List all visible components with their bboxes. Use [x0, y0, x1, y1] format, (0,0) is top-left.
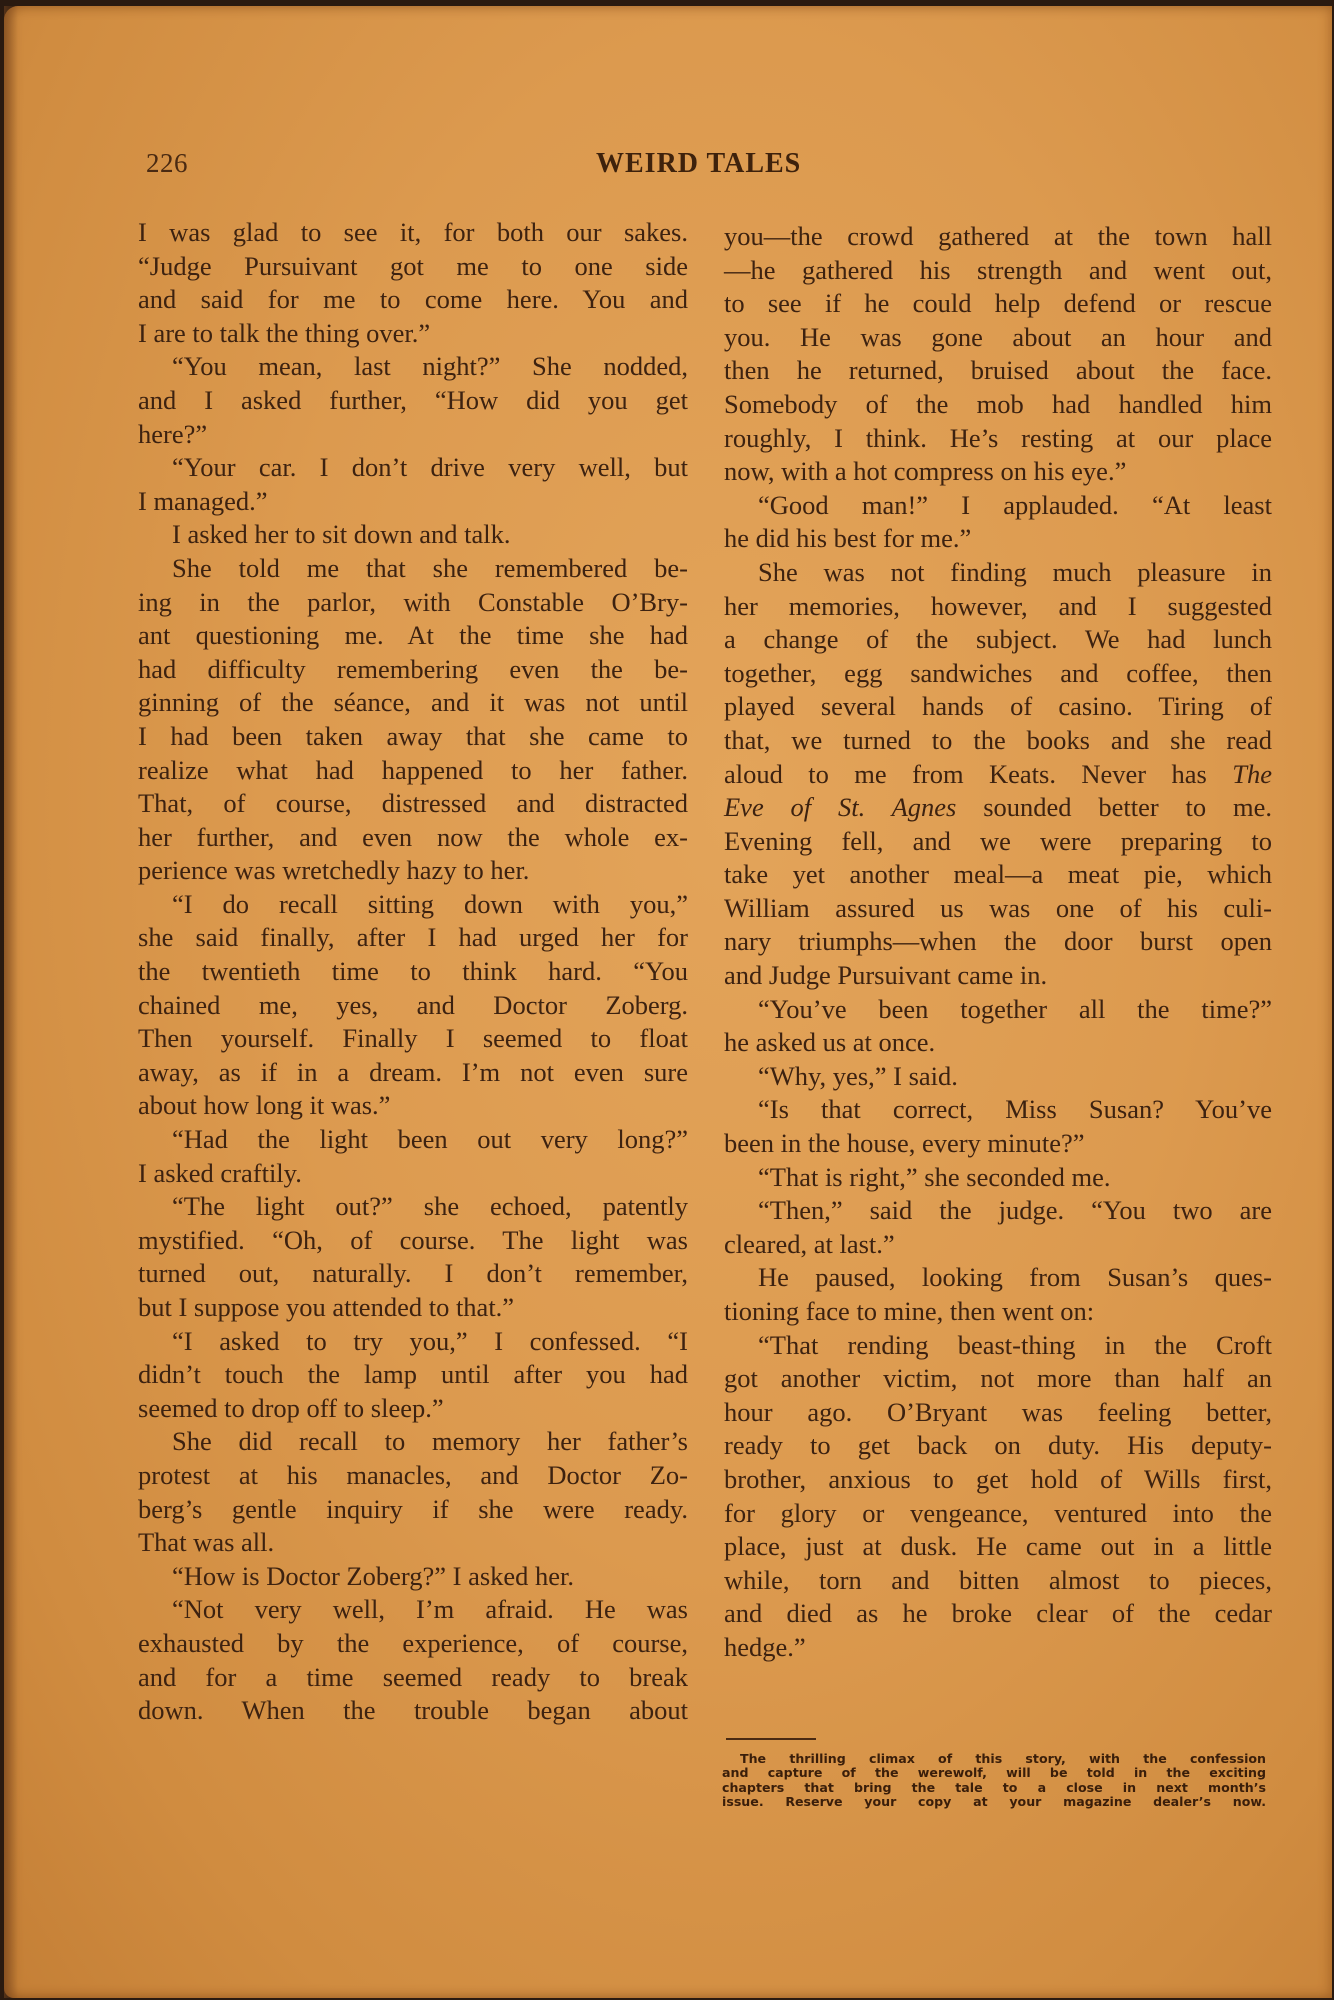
- line-text: “How is Doctor Zoberg?” I asked her.: [172, 1561, 574, 1591]
- text-line: “Then,” said the judge. “You two are: [724, 1194, 1272, 1228]
- line-text: mystified. “Oh, of course. The light was: [138, 1225, 688, 1255]
- line-text: “Is that correct, Miss Susan? You’ve: [758, 1094, 1272, 1124]
- line-text: I was glad to see it, for both our sakes…: [138, 217, 688, 247]
- text-line: chained me, yes, and Doctor Zoberg.: [138, 989, 688, 1023]
- line-text: to see if he could help defend or rescue: [724, 288, 1272, 318]
- line-text: and for a time seemed ready to break: [138, 1662, 688, 1692]
- text-line: that, we turned to the books and she rea…: [724, 724, 1272, 758]
- line-text: didn’t touch the lamp until after you ha…: [138, 1359, 688, 1389]
- line-text: I are to talk the thing over.”: [138, 318, 430, 348]
- line-text: “Your car. I don’t drive very well, but: [172, 452, 688, 482]
- line-text: turned out, naturally. I don’t remember,: [138, 1258, 688, 1288]
- text-line: about how long it was.”: [138, 1089, 688, 1123]
- line-text: got another victim, not more than half a…: [724, 1363, 1272, 1393]
- line-text: I asked craftily.: [138, 1158, 302, 1188]
- line-text: and Judge Pursuivant came in.: [724, 960, 1047, 990]
- line-text: exhausted by the experience, of course,: [138, 1628, 688, 1658]
- text-line: William assured us was one of his culi-: [724, 892, 1272, 926]
- line-text: “Then,” said the judge. “You two are: [758, 1195, 1272, 1225]
- text-line: played several hands of casino. Tiring o…: [724, 690, 1272, 724]
- line-text: I had been taken away that she came to: [138, 721, 688, 751]
- text-line: I are to talk the thing over.”: [138, 317, 688, 351]
- text-line: aloud to me from Keats. Never has The: [724, 758, 1272, 792]
- text-line: had difficulty remembering even the be-: [138, 653, 688, 687]
- text-line: away, as if in a dream. I’m not even sur…: [138, 1056, 688, 1090]
- text-line: “How is Doctor Zoberg?” I asked her.: [138, 1560, 688, 1594]
- text-line: here?”: [138, 418, 688, 452]
- line-text: protest at his manacles, and Doctor Zo-: [138, 1460, 688, 1490]
- line-text: She did recall to memory her father’s: [172, 1426, 688, 1456]
- text-line: for glory or vengeance, ventured into th…: [724, 1497, 1272, 1531]
- line-text: and died as he broke clear of the cedar: [724, 1598, 1272, 1628]
- line-text: “The light out?” she echoed, patently: [172, 1191, 688, 1221]
- line-text: “Had the light been out very long?”: [172, 1124, 688, 1154]
- text-line: “I do recall sitting down with you,”: [138, 888, 688, 922]
- text-line: “Good man!” I applauded. “At least: [724, 489, 1272, 523]
- italic-title: The: [1232, 759, 1272, 789]
- line-text: “I do recall sitting down with you,”: [172, 889, 688, 919]
- text-line: I had been taken away that she came to: [138, 720, 688, 754]
- line-text: The thrilling climax of this story, with…: [740, 1751, 1266, 1766]
- line-text: She was not finding much pleasure in: [758, 557, 1272, 587]
- text-line: That was all.: [138, 1526, 688, 1560]
- left-text-column: I was glad to see it, for both our sakes…: [138, 216, 688, 1728]
- line-text: —he gathered his strength and went out,: [724, 255, 1272, 285]
- text-line: ready to get back on duty. His deputy-: [724, 1429, 1272, 1463]
- line-text: down. When the trouble began about: [138, 1695, 688, 1725]
- text-line: ant questioning me. At the time she had: [138, 619, 688, 653]
- line-text: that, we turned to the books and she rea…: [724, 725, 1272, 755]
- text-line: together, egg sandwiches and coffee, the…: [724, 657, 1272, 691]
- line-text: nary triumphs—when the door burst open: [724, 926, 1272, 956]
- line-text: brother, anxious to get hold of Wills fi…: [724, 1464, 1272, 1494]
- line-text: “Judge Pursuivant got me to one side: [138, 251, 688, 281]
- text-line: chapters that bring the tale to a close …: [722, 1781, 1266, 1795]
- line-text: ing in the parlor, with Constable O’Bry-: [138, 587, 688, 617]
- text-line: and died as he broke clear of the cedar: [724, 1597, 1272, 1631]
- line-text: roughly, I think. He’s resting at our pl…: [724, 423, 1272, 453]
- running-title: WEIRD TALES: [596, 148, 801, 180]
- line-text: ginning of the séance, and it was not un…: [138, 687, 688, 717]
- text-line: cleared, at last.”: [724, 1228, 1272, 1262]
- line-text: you. He was gone about an hour and: [724, 322, 1272, 352]
- line-text: now, with a hot compress on his eye.”: [724, 456, 1126, 486]
- text-line: a change of the subject. We had lunch: [724, 623, 1272, 657]
- text-line: “I asked to try you,” I confessed. “I: [138, 1325, 688, 1359]
- italic-title: Eve of St. Agnes: [724, 792, 956, 822]
- text-line: her further, and even now the whole ex-: [138, 821, 688, 855]
- line-text: She told me that she remembered be-: [172, 553, 688, 583]
- text-line: I managed.”: [138, 485, 688, 519]
- line-text: her memories, however, and I suggested: [724, 591, 1272, 621]
- line-text: chapters that bring the tale to a close …: [722, 1780, 1266, 1795]
- line-text: issue. Reserve your copy at your magazin…: [722, 1794, 1266, 1809]
- text-line: “Judge Pursuivant got me to one side: [138, 250, 688, 284]
- text-line: now, with a hot compress on his eye.”: [724, 455, 1272, 489]
- line-text: then he returned, bruised about the face…: [724, 355, 1272, 385]
- page-number: 226: [146, 148, 188, 179]
- text-line: then he returned, bruised about the face…: [724, 354, 1272, 388]
- text-line: ginning of the séance, and it was not un…: [138, 686, 688, 720]
- line-text: He paused, looking from Susan’s ques-: [758, 1262, 1272, 1292]
- line-text: had difficulty remembering even the be-: [138, 654, 688, 684]
- text-line: the twentieth time to think hard. “You: [138, 955, 688, 989]
- line-text: hedge.”: [724, 1632, 806, 1662]
- line-text: I asked her to sit down and talk.: [172, 519, 511, 549]
- text-line: perience was wretchedly hazy to her.: [138, 854, 688, 888]
- page-header: 226 WEIRD TALES: [4, 148, 1332, 188]
- line-text: “I asked to try you,” I confessed. “I: [172, 1326, 688, 1356]
- text-line: “That rending beast-thing in the Croft: [724, 1329, 1272, 1363]
- text-line: nary triumphs—when the door burst open: [724, 925, 1272, 959]
- text-line: place, just at dusk. He came out in a li…: [724, 1530, 1272, 1564]
- text-line: realize what had happened to her father.: [138, 754, 688, 788]
- text-line: Then yourself. Finally I seemed to float: [138, 1022, 688, 1056]
- text-line: “You’ve been together all the time?”: [724, 993, 1272, 1027]
- line-text: been in the house, every minute?”: [724, 1128, 1085, 1158]
- line-text: for glory or vengeance, ventured into th…: [724, 1498, 1272, 1528]
- line-text: you—the crowd gathered at the town hall: [724, 221, 1272, 251]
- line-text: That, of course, distressed and distract…: [138, 788, 688, 818]
- text-line: He paused, looking from Susan’s ques-: [724, 1261, 1272, 1295]
- text-line: She told me that she remembered be-: [138, 552, 688, 586]
- text-line: —he gathered his strength and went out,: [724, 254, 1272, 288]
- text-line: “Why, yes,” I said.: [724, 1060, 1272, 1094]
- text-line: tioning face to mine, then went on:: [724, 1295, 1272, 1329]
- text-line: exhausted by the experience, of course,: [138, 1627, 688, 1661]
- text-line: mystified. “Oh, of course. The light was: [138, 1224, 688, 1258]
- footnote-rule: [726, 1738, 816, 1740]
- line-text: realize what had happened to her father.: [138, 755, 688, 785]
- line-text: but I suppose you attended to that.”: [138, 1292, 514, 1322]
- text-line: Eve of St. Agnes sounded better to me.: [724, 791, 1272, 825]
- text-line: he did his best for me.”: [724, 522, 1272, 556]
- text-line: but I suppose you attended to that.”: [138, 1291, 688, 1325]
- line-text: That was all.: [138, 1527, 274, 1557]
- text-line: down. When the trouble began about: [138, 1694, 688, 1728]
- page-binding-shadow: [4, 6, 18, 1998]
- text-line: hedge.”: [724, 1631, 1272, 1665]
- text-line: I asked her to sit down and talk.: [138, 518, 688, 552]
- text-line: you—the crowd gathered at the town hall: [724, 220, 1272, 254]
- line-text: he did his best for me.”: [724, 523, 971, 553]
- text-line: “Not very well, I’m afraid. He was: [138, 1593, 688, 1627]
- text-line: and I asked further, “How did you get: [138, 384, 688, 418]
- text-line: “Your car. I don’t drive very well, but: [138, 451, 688, 485]
- text-line: She did recall to memory her father’s: [138, 1425, 688, 1459]
- line-text: “That is right,” she seconded me.: [758, 1162, 1110, 1192]
- text-line: didn’t touch the lamp until after you ha…: [138, 1358, 688, 1392]
- text-line: ing in the parlor, with Constable O’Bry-: [138, 586, 688, 620]
- line-text: perience was wretchedly hazy to her.: [138, 855, 529, 885]
- text-line: Evening fell, and we were preparing to: [724, 825, 1272, 859]
- line-text: Then yourself. Finally I seemed to float: [138, 1023, 688, 1053]
- text-line: I was glad to see it, for both our sakes…: [138, 216, 688, 250]
- line-text: cleared, at last.”: [724, 1229, 895, 1259]
- line-text: hour ago. O’Bryant was feeling better,: [724, 1397, 1272, 1427]
- footnote: The thrilling climax of this story, with…: [722, 1752, 1266, 1810]
- text-line: “That is right,” she seconded me.: [724, 1161, 1272, 1195]
- text-line: “You mean, last night?” She nodded,: [138, 350, 688, 384]
- line-text: seemed to drop off to sleep.”: [138, 1393, 444, 1423]
- line-text: here?”: [138, 419, 207, 449]
- line-text: she said finally, after I had urged her …: [138, 922, 688, 952]
- line-text: berg’s gentle inquiry if she were ready.: [138, 1494, 688, 1524]
- text-line: hour ago. O’Bryant was feeling better,: [724, 1396, 1272, 1430]
- text-line: and capture of the werewolf, will be tol…: [722, 1766, 1266, 1780]
- line-text: Evening fell, and we were preparing to: [724, 826, 1272, 856]
- line-text: chained me, yes, and Doctor Zoberg.: [138, 990, 688, 1020]
- text-line: her memories, however, and I suggested: [724, 590, 1272, 624]
- line-text: a change of the subject. We had lunch: [724, 624, 1272, 654]
- text-line: issue. Reserve your copy at your magazin…: [722, 1795, 1266, 1809]
- text-line: to see if he could help defend or rescue: [724, 287, 1272, 321]
- line-text: away, as if in a dream. I’m not even sur…: [138, 1057, 688, 1087]
- text-line: She was not finding much pleasure in: [724, 556, 1272, 590]
- line-text: the twentieth time to think hard. “You: [138, 956, 688, 986]
- text-line: Somebody of the mob had handled him: [724, 388, 1272, 422]
- text-line: he asked us at once.: [724, 1026, 1272, 1060]
- text-line: got another victim, not more than half a…: [724, 1362, 1272, 1396]
- text-line: and said for me to come here. You and: [138, 283, 688, 317]
- line-text: “Not very well, I’m afraid. He was: [172, 1594, 688, 1624]
- line-text: ant questioning me. At the time she had: [138, 620, 688, 650]
- text-line: The thrilling climax of this story, with…: [722, 1752, 1266, 1766]
- line-text: he asked us at once.: [724, 1027, 935, 1057]
- text-line: berg’s gentle inquiry if she were ready.: [138, 1493, 688, 1527]
- line-text: “That rending beast-thing in the Croft: [758, 1330, 1272, 1360]
- line-text: her further, and even now the whole ex-: [138, 822, 688, 852]
- text-line: brother, anxious to get hold of Wills fi…: [724, 1463, 1272, 1497]
- text-line: you. He was gone about an hour and: [724, 321, 1272, 355]
- text-line: protest at his manacles, and Doctor Zo-: [138, 1459, 688, 1493]
- line-text: “Why, yes,” I said.: [758, 1061, 958, 1091]
- text-line: That, of course, distressed and distract…: [138, 787, 688, 821]
- line-text: place, just at dusk. He came out in a li…: [724, 1531, 1272, 1561]
- magazine-page: 226 WEIRD TALES I was glad to see it, fo…: [4, 6, 1332, 1998]
- line-text: I managed.”: [138, 486, 268, 516]
- line-text: and said for me to come here. You and: [138, 284, 688, 314]
- line-text: about how long it was.”: [138, 1090, 390, 1120]
- line-text: played several hands of casino. Tiring o…: [724, 691, 1272, 721]
- line-text: “You’ve been together all the time?”: [758, 994, 1272, 1024]
- text-line: roughly, I think. He’s resting at our pl…: [724, 422, 1272, 456]
- text-line: been in the house, every minute?”: [724, 1127, 1272, 1161]
- line-text: sounded better to me.: [956, 792, 1272, 822]
- right-text-column: you—the crowd gathered at the town hall—…: [724, 220, 1272, 1665]
- line-text: while, torn and bitten almost to pieces,: [724, 1565, 1272, 1595]
- text-line: take yet another meal—a meat pie, which: [724, 858, 1272, 892]
- text-line: while, torn and bitten almost to pieces,: [724, 1564, 1272, 1598]
- line-text: ready to get back on duty. His deputy-: [724, 1430, 1272, 1460]
- text-line: and for a time seemed ready to break: [138, 1661, 688, 1695]
- line-text: William assured us was one of his culi-: [724, 893, 1272, 923]
- line-text: take yet another meal—a meat pie, which: [724, 859, 1272, 889]
- line-text: Somebody of the mob had handled him: [724, 389, 1272, 419]
- line-text: tioning face to mine, then went on:: [724, 1296, 1094, 1326]
- text-line: turned out, naturally. I don’t remember,: [138, 1257, 688, 1291]
- text-line: and Judge Pursuivant came in.: [724, 959, 1272, 993]
- text-line: “Had the light been out very long?”: [138, 1123, 688, 1157]
- line-text: “Good man!” I applauded. “At least: [758, 490, 1272, 520]
- line-text: “You mean, last night?” She nodded,: [172, 351, 688, 381]
- line-text: and I asked further, “How did you get: [138, 385, 688, 415]
- text-line: I asked craftily.: [138, 1157, 688, 1191]
- text-line: she said finally, after I had urged her …: [138, 921, 688, 955]
- text-line: “Is that correct, Miss Susan? You’ve: [724, 1093, 1272, 1127]
- line-text: aloud to me from Keats. Never has: [724, 759, 1232, 789]
- line-text: together, egg sandwiches and coffee, the…: [724, 658, 1272, 688]
- line-text: and capture of the werewolf, will be tol…: [722, 1765, 1266, 1780]
- text-line: “The light out?” she echoed, patently: [138, 1190, 688, 1224]
- text-line: seemed to drop off to sleep.”: [138, 1392, 688, 1426]
